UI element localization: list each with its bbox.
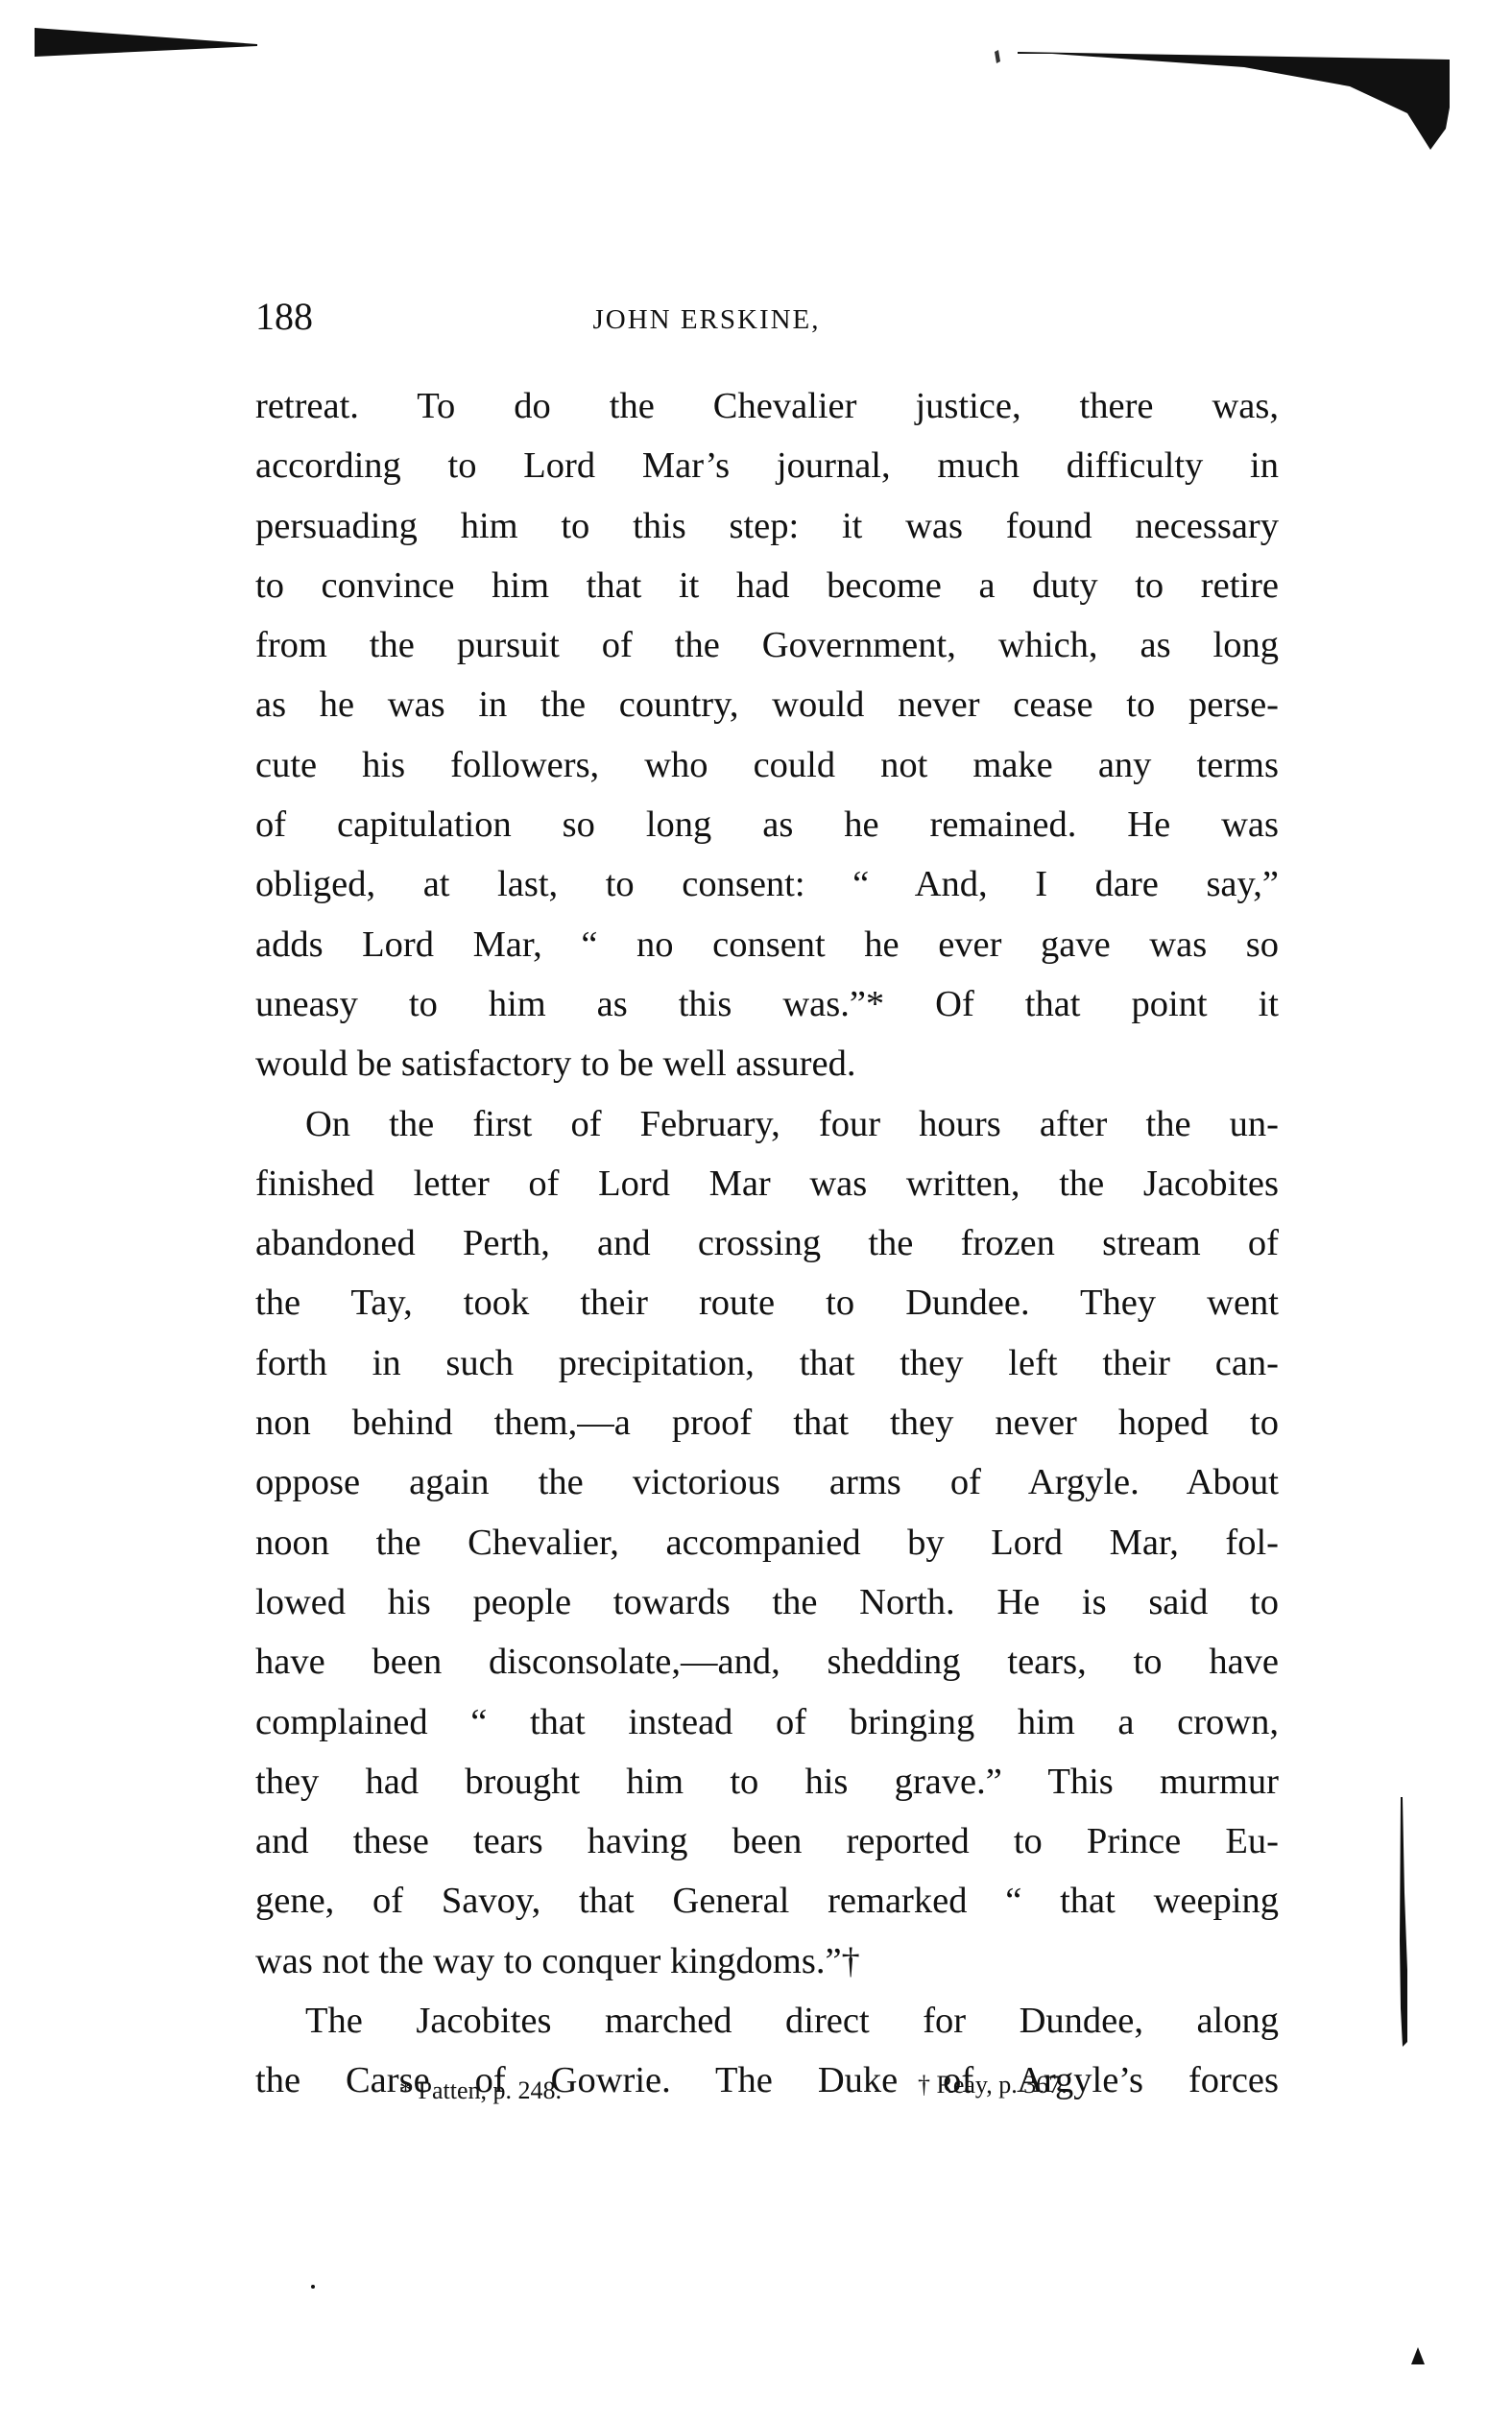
text-line: of capitulation so long as he remained. … bbox=[255, 795, 1279, 854]
text-line: noon the Chevalier, accompanied by Lord … bbox=[255, 1513, 1279, 1572]
running-head: JOHN ERSKINE, bbox=[255, 300, 1273, 339]
paragraph-start-line: On the first of February, four hours aft… bbox=[255, 1094, 1279, 1154]
text-line: oppose again the victorious arms of Argy… bbox=[255, 1452, 1279, 1512]
text-line: abandoned Perth, and crossing the frozen… bbox=[255, 1213, 1279, 1273]
body-text: retreat. To do the Chevalier justice, th… bbox=[255, 376, 1279, 2111]
text-line: retreat. To do the Chevalier justice, th… bbox=[255, 376, 1279, 436]
text-line: obliged, at last, to consent: “ And, I d… bbox=[255, 854, 1279, 914]
text-line: complained “ that instead of bringing hi… bbox=[255, 1692, 1279, 1752]
text-line: adds Lord Mar, “ no consent he ever gave… bbox=[255, 915, 1279, 974]
text-line: forth in such precipitation, that they l… bbox=[255, 1333, 1279, 1393]
footnote-dagger: † Reay, p. 367. bbox=[918, 2066, 1068, 2104]
text-line: according to Lord Mar’s journal, much di… bbox=[255, 436, 1279, 495]
text-line: non behind them,—a proof that they never… bbox=[255, 1393, 1279, 1452]
footnotes: * Patten, p. 248. † Reay, p. 367. bbox=[255, 2072, 1279, 2110]
paragraph-start-line: The Jacobites marched direct for Dundee,… bbox=[255, 1991, 1279, 2051]
text-line: finished letter of Lord Mar was written,… bbox=[255, 1154, 1279, 1213]
text-line: lowed his people towards the North. He i… bbox=[255, 1572, 1279, 1632]
scan-edge-mark-icon bbox=[35, 28, 257, 57]
page-header: 188 JOHN ERSKINE, bbox=[255, 293, 1273, 350]
scan-triangle-mark-icon bbox=[1411, 2347, 1425, 2366]
text-line: cute his followers, who could not make a… bbox=[255, 735, 1279, 795]
text-line: have been disconsolate,—and, shedding te… bbox=[255, 1632, 1279, 1691]
text-line: would be satisfactory to be well assured… bbox=[255, 1034, 1279, 1093]
scan-edge-mark-icon bbox=[1388, 1797, 1417, 2047]
text-line: they had brought him to his grave.” This… bbox=[255, 1752, 1279, 1811]
text-line: and these tears having been reported to … bbox=[255, 1811, 1279, 1871]
text-line: was not the way to conquer kingdoms.”† bbox=[255, 1931, 1279, 1991]
text-line: as he was in the country, would never ce… bbox=[255, 675, 1279, 734]
text-line: the Tay, took their route to Dundee. The… bbox=[255, 1273, 1279, 1332]
text-line: from the pursuit of the Government, whic… bbox=[255, 615, 1279, 675]
footnote-asterisk: * Patten, p. 248. bbox=[399, 2072, 562, 2110]
text-line: to convince him that it had become a dut… bbox=[255, 556, 1279, 615]
text-line: persuading him to this step: it was foun… bbox=[255, 496, 1279, 556]
scan-edge-mark-icon bbox=[995, 48, 1450, 154]
scan-dot-mark bbox=[311, 2285, 315, 2289]
text-line: uneasy to him as this was.”* Of that poi… bbox=[255, 974, 1279, 1034]
text-line: gene, of Savoy, that General remarked “ … bbox=[255, 1871, 1279, 1931]
